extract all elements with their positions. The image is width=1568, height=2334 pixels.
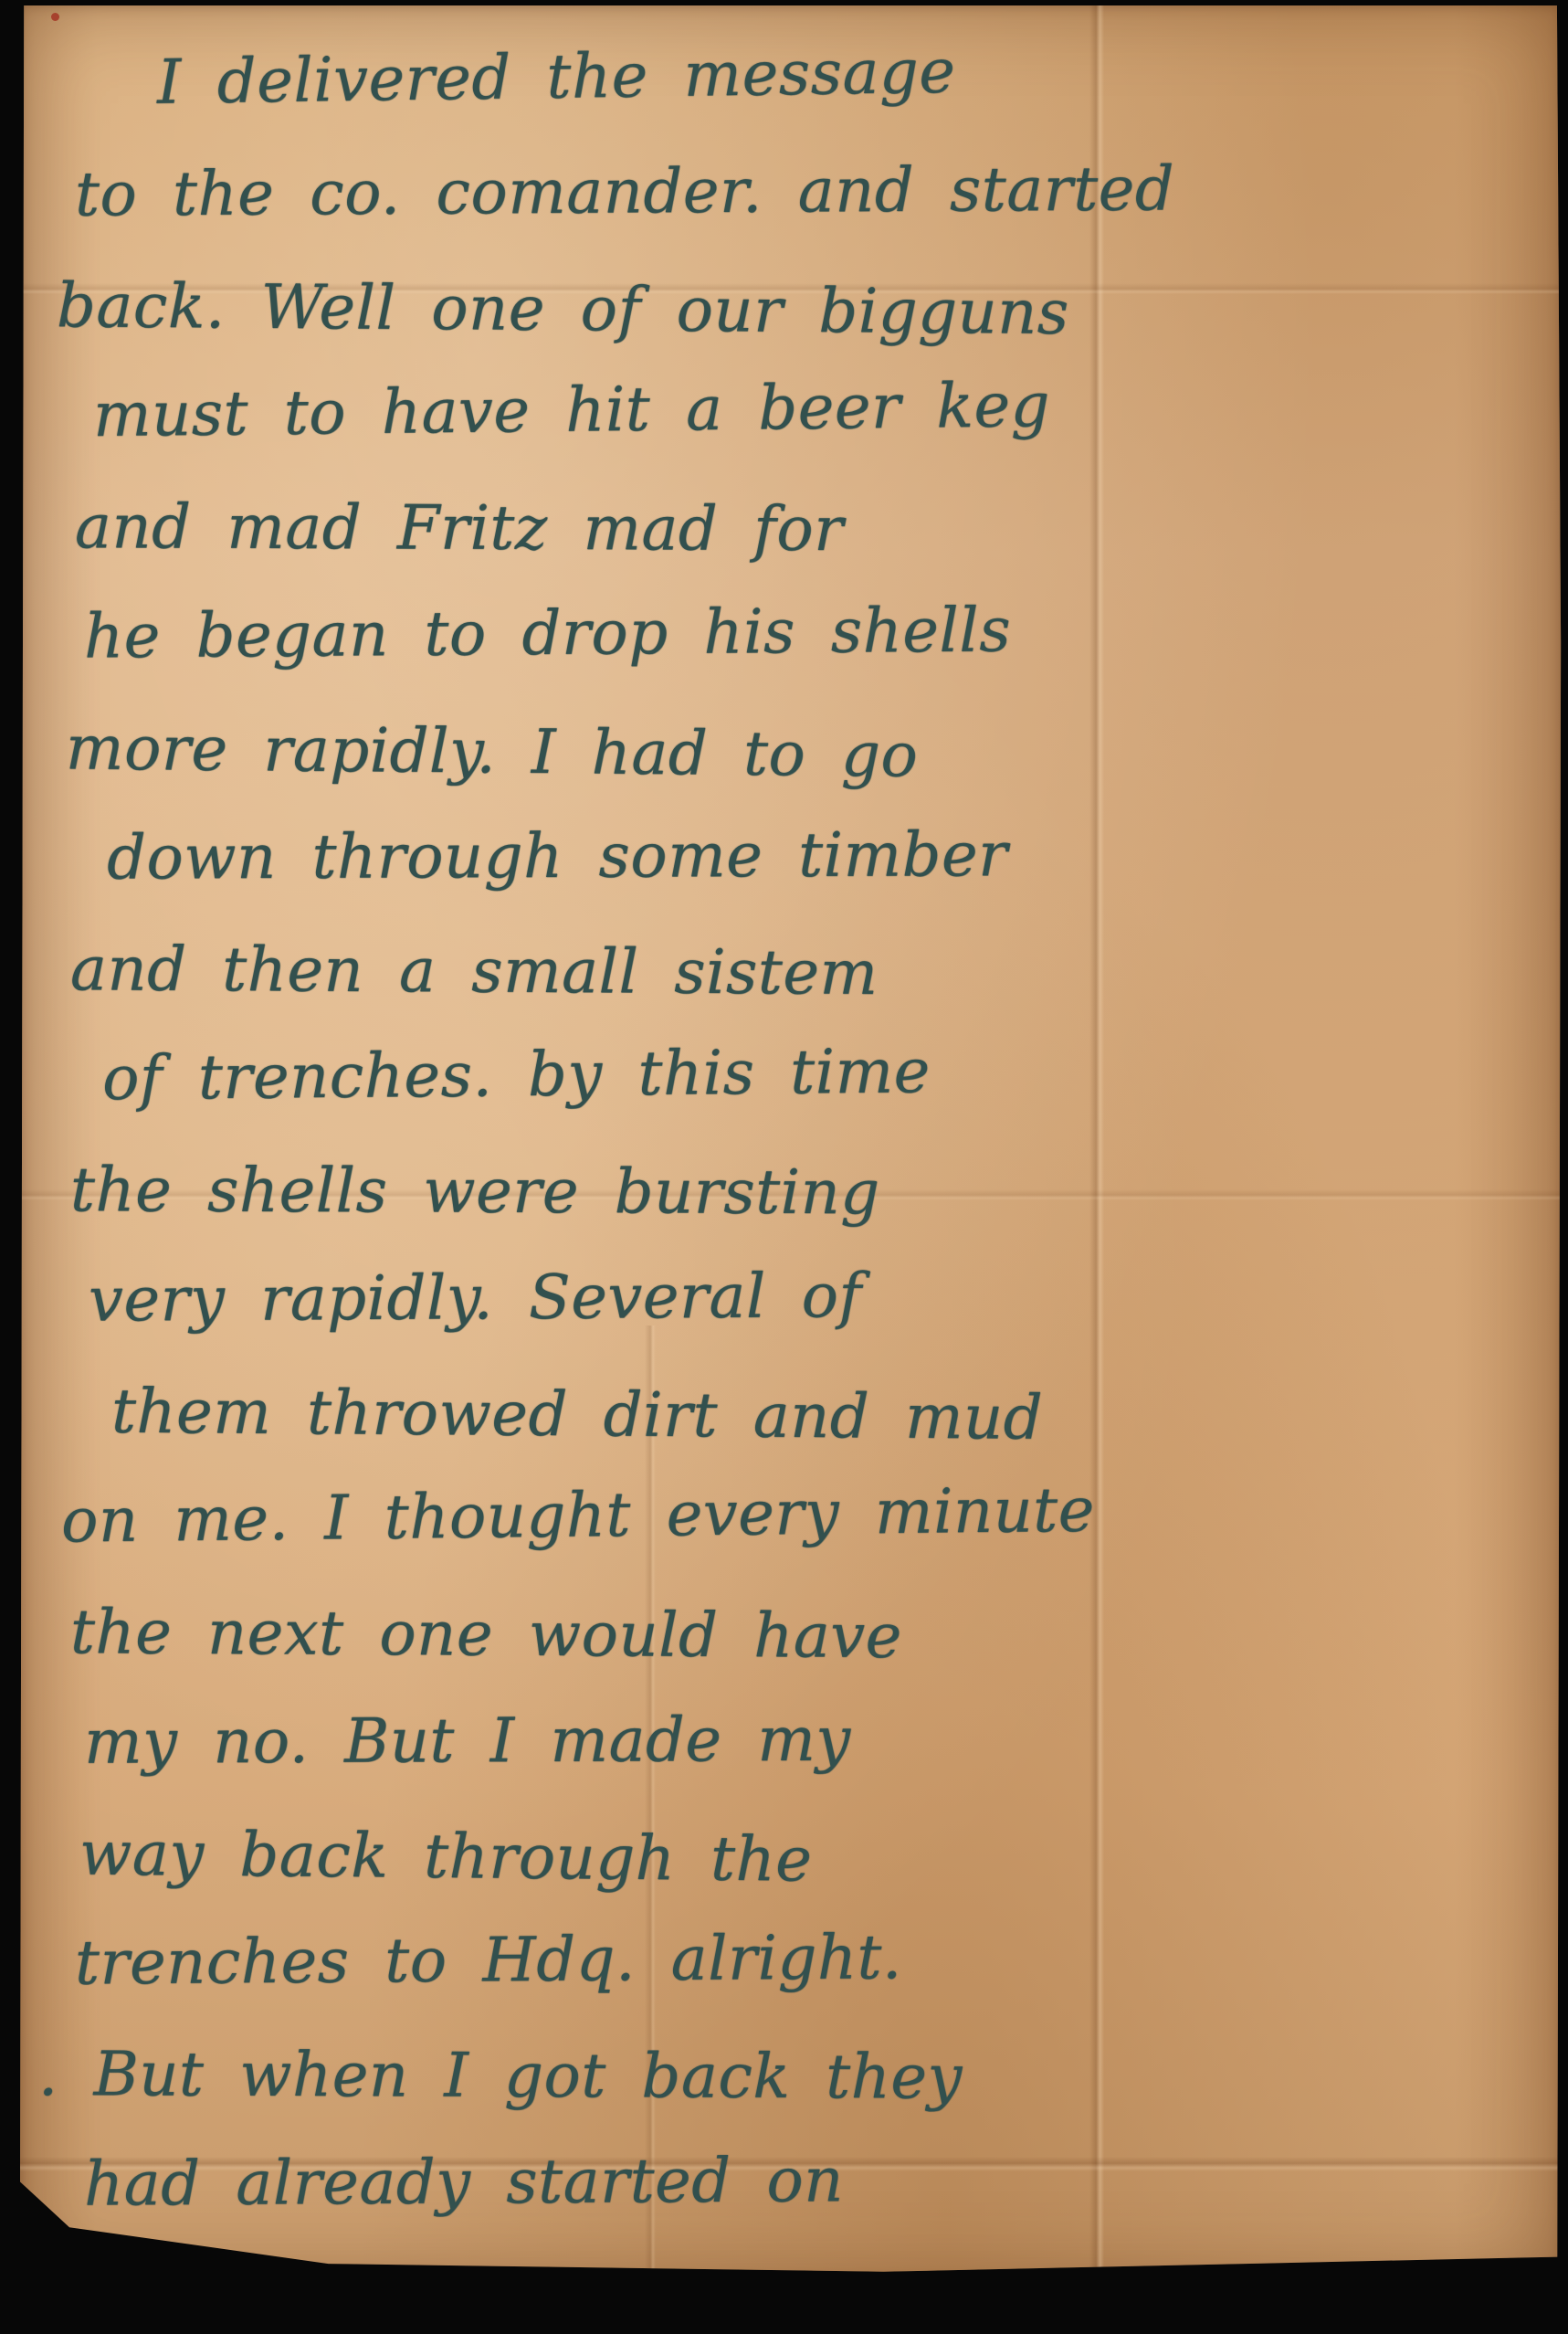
letter-line: the next one would have [20, 1577, 1563, 1695]
letter-line: very rapidly. Several of [20, 1237, 1563, 1356]
letter-line: I delivered the message [19, 7, 1563, 140]
letter-line: of trenches. by this time [19, 1010, 1562, 1135]
letter-line: trenches to Hdq. alright. [20, 1897, 1563, 2019]
letter-line: he began to drop his shells [20, 571, 1563, 692]
letter-line: had already started on [20, 2121, 1563, 2240]
letter-line: on me. I thought every minute [19, 1450, 1562, 1577]
letter-line: must to have hit a beer keg [19, 344, 1562, 471]
letter-line: my no. But I made my [20, 1682, 1562, 1798]
letter-line: . But when I got back they [20, 2019, 1562, 2135]
letter-text-block: I delivered the messageto the co. comand… [20, 29, 1562, 2240]
letter-line: the shells were bursting [20, 1135, 1562, 1251]
letter-line: to the co. comander. and started [20, 132, 1563, 250]
ink-speck [51, 13, 59, 21]
letter-line: and mad Fritz mad for [20, 471, 1562, 587]
letter-line: down through some timber [20, 797, 1562, 914]
letter-page: I delivered the messageto the co. comand… [20, 5, 1562, 2282]
